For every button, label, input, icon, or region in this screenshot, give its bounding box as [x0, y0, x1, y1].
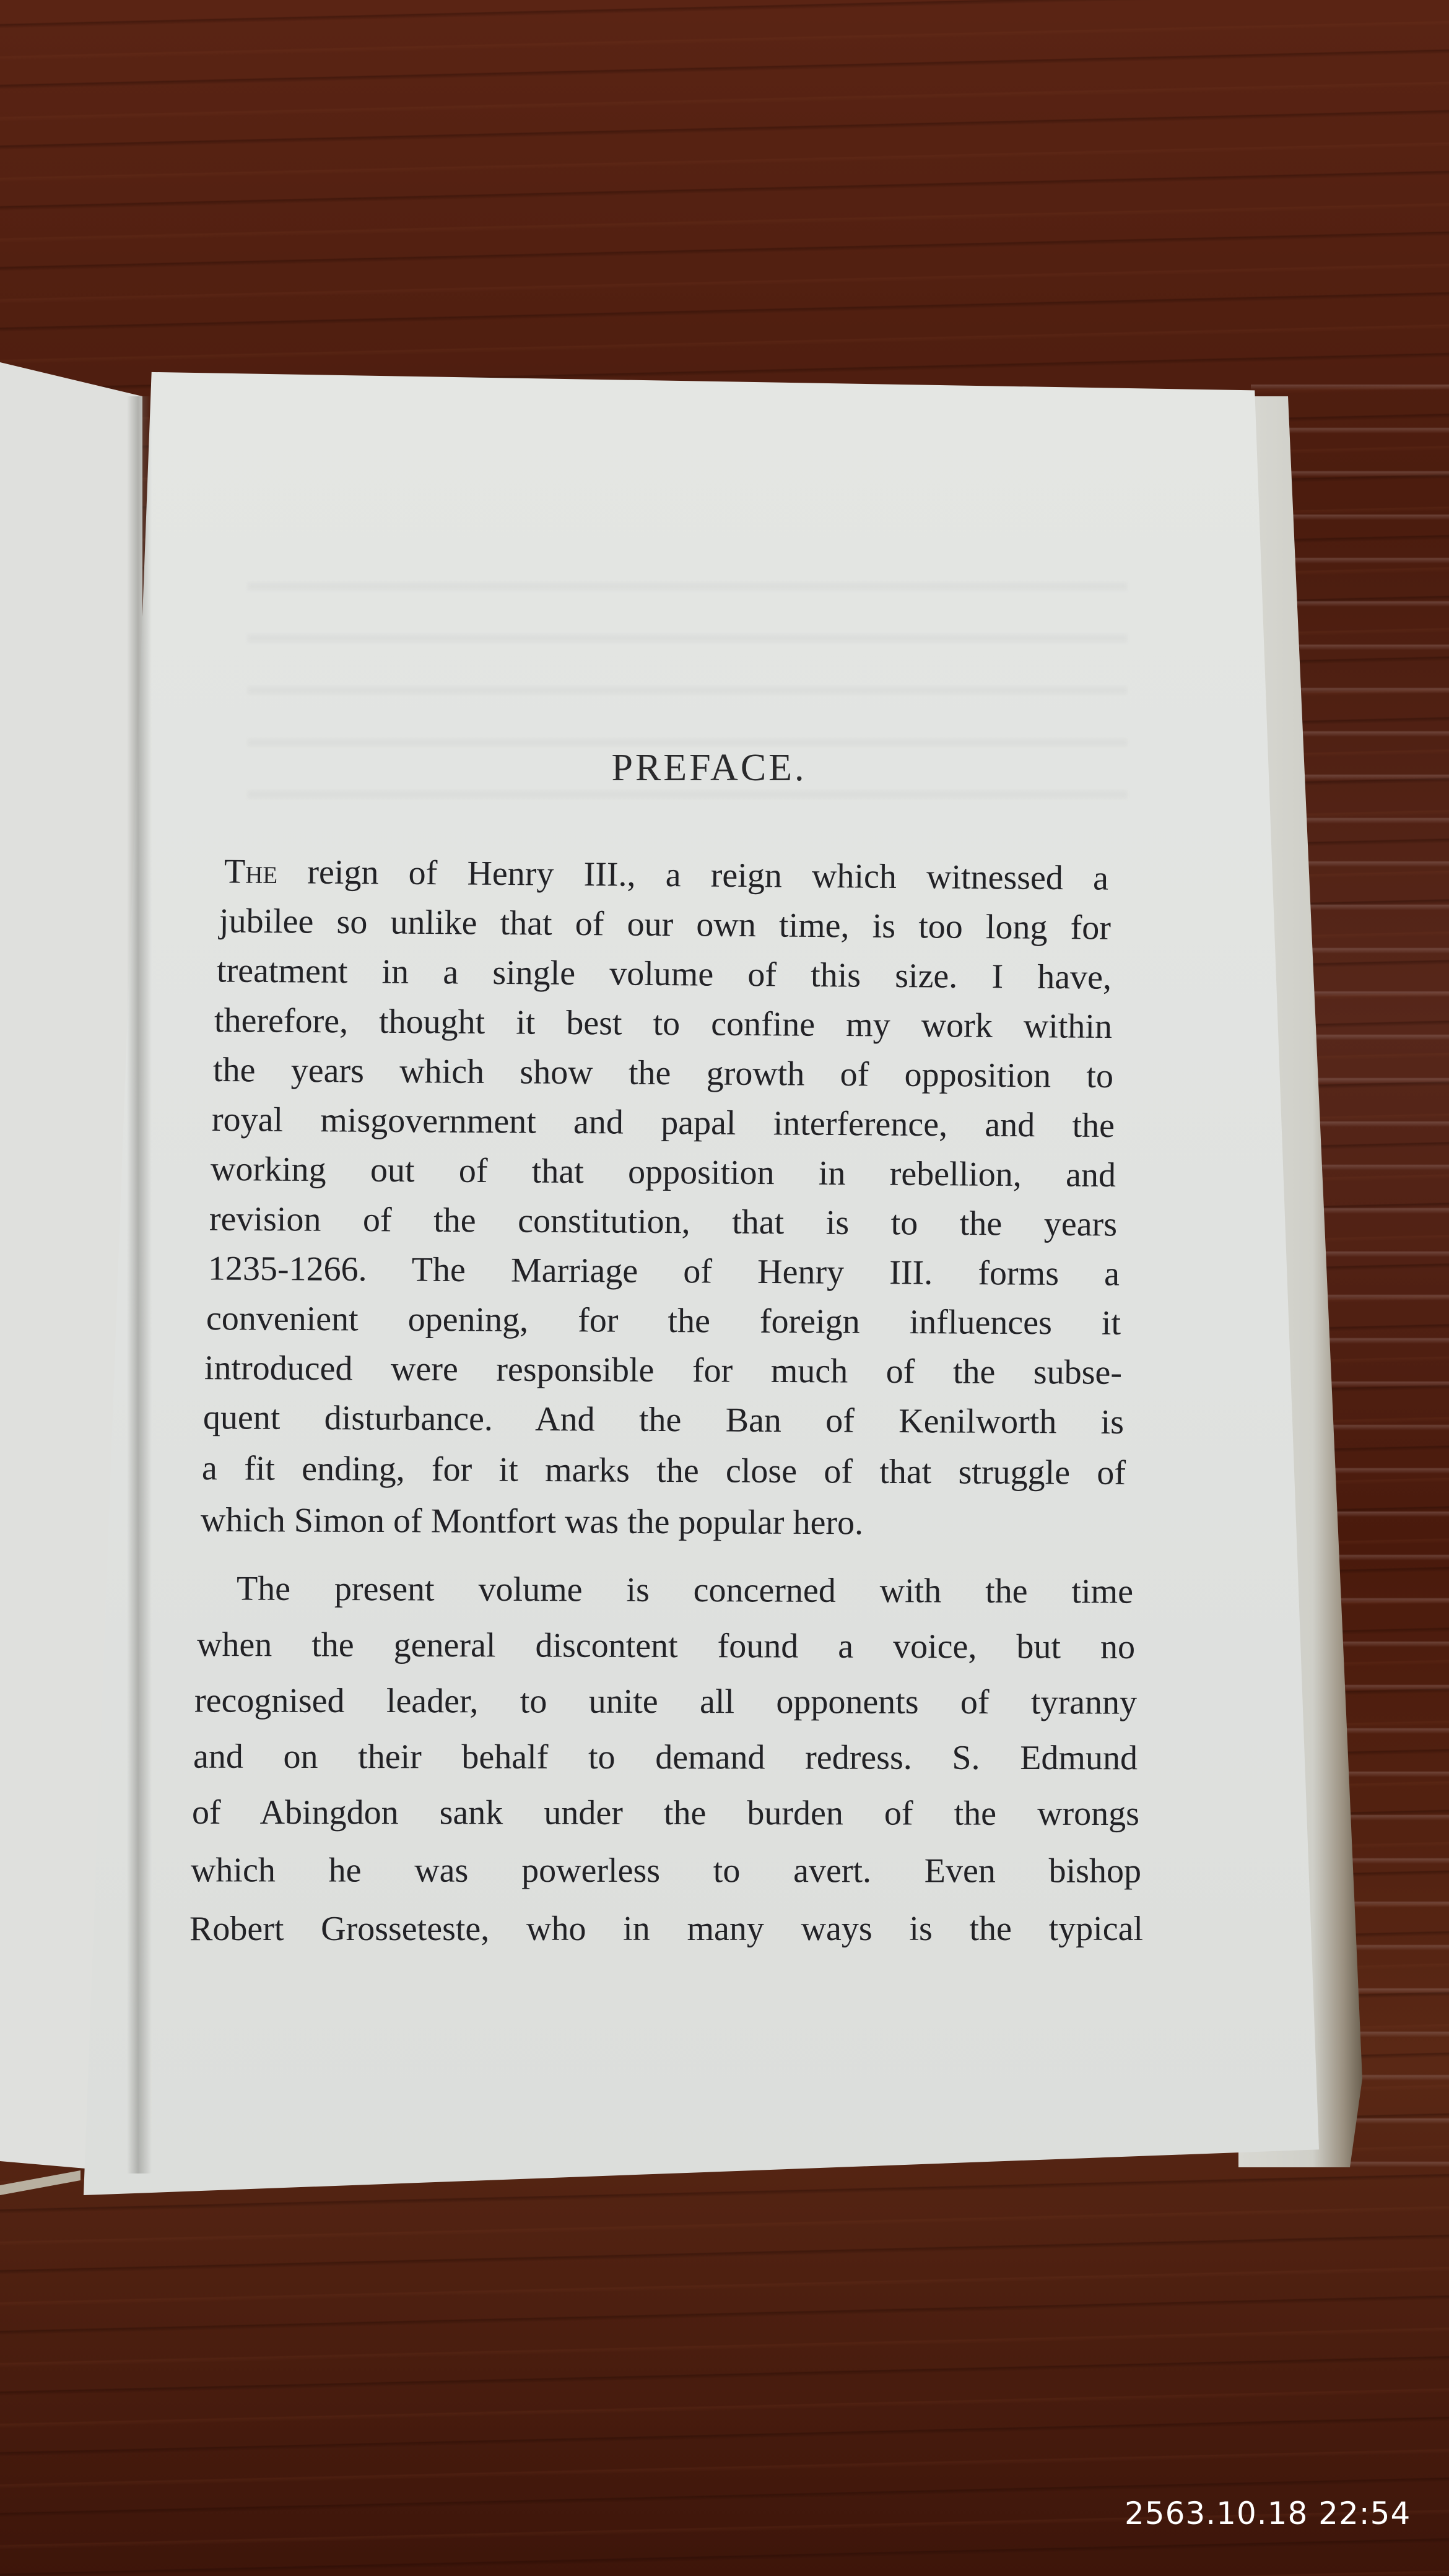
text-line: royal misgovernment and papal interferen… [212, 1102, 1115, 1143]
text-line: therefore, thought it best to confine my… [214, 1003, 1112, 1044]
text-line: working out of that opposition in rebell… [211, 1152, 1116, 1193]
text-line: of Abingdon sank under the burden of the… [192, 1795, 1139, 1831]
text-line: Robert Grosseteste, who in many ways is … [189, 1912, 1143, 1946]
text-line: the years which show the growth of oppos… [213, 1053, 1113, 1094]
text-line: when the general discontent found a voic… [197, 1627, 1135, 1664]
text-line: and on their behalf to demand redress. S… [193, 1739, 1138, 1776]
photo-timestamp: 2563.10.18 22:54 [1125, 2495, 1411, 2531]
text-line: which Simon of Montfort was the popular … [201, 1503, 1127, 1542]
book-gutter [127, 396, 152, 2173]
text-line: jubilee so unlike that of our own time, … [219, 903, 1111, 945]
text-line: convenient opening, for the foreign infl… [206, 1301, 1121, 1341]
page-title: PREFACE. [0, 746, 1434, 790]
text-line: revision of the constitution, that is to… [209, 1202, 1117, 1242]
text-line: a fit ending, for it marks the close of … [202, 1451, 1126, 1490]
text-line: introduced were responsible for much of … [204, 1351, 1122, 1390]
text-line: The present volume is concerned with the… [237, 1571, 1133, 1609]
text-line: recognised leader, to unite all opponent… [194, 1683, 1137, 1720]
text-line: The reign of Henry III., a reign which w… [224, 854, 1108, 895]
drop-word: The [224, 852, 278, 891]
text-line: which he was powerless to avert. Even bi… [191, 1853, 1141, 1888]
text-line: treatment in a single volume of this siz… [217, 953, 1112, 994]
text-line: quent disturbance. And the Ban of Kenilw… [203, 1400, 1124, 1440]
text-line: 1235-1266. The Marriage of Henry III. fo… [208, 1251, 1120, 1292]
